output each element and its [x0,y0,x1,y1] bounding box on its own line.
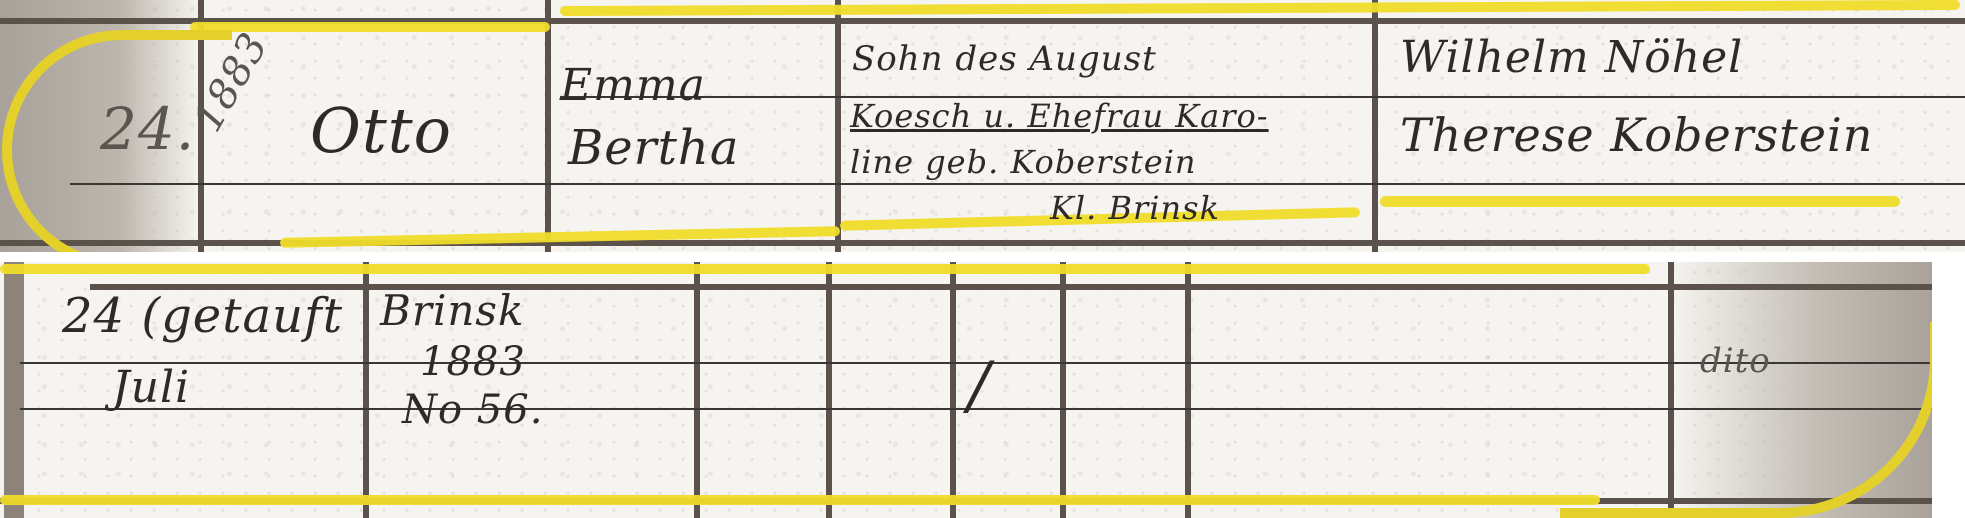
column-divider [835,0,841,252]
given-name-otto: Otto [310,100,452,162]
parents-line1: Sohn des August [852,42,1157,76]
remark-dito: dito [1700,344,1771,378]
highlight-mark [0,495,1600,505]
sponsors-line2: Therese Koberstein [1400,112,1873,158]
writing-rule [70,183,1965,185]
register-strip-bottom: 24 (getauft Juli Brinsk 1883 No 56. / di… [0,262,1932,518]
register-year: 1883 [420,342,526,382]
column-divider [545,0,551,252]
column-divider [694,262,700,518]
date-line2: Juli [112,366,190,410]
parents-line2: Koesch u. Ehefrau Karo- [850,100,1269,132]
column-divider [950,262,956,518]
column-divider [1372,0,1378,252]
tally-mark: / [968,354,991,418]
sponsors-line1: Wilhelm Nöhel [1400,36,1743,80]
highlight-mark [560,0,1960,16]
register-place: Brinsk [380,290,524,332]
given-name-line2: Bertha [568,124,739,172]
column-divider [1185,262,1191,518]
parents-line4: Kl. Brinsk [1050,192,1220,224]
register-number: No 56. [402,390,543,430]
highlight-mark [0,264,1650,274]
highlight-mark [1380,196,1900,207]
register-strip-top: 24. 1883 Otto Emma Bertha Sohn des Augus… [0,0,1965,252]
left-margin-bar [4,262,24,518]
parents-line3: line geb. Koberstein [850,146,1197,178]
column-divider [826,262,832,518]
given-name-line1: Emma [560,64,706,108]
date-line1: 24 (getauft [62,292,343,340]
column-divider [363,262,369,518]
column-divider [1060,262,1066,518]
entry-number: 24. [100,100,195,158]
